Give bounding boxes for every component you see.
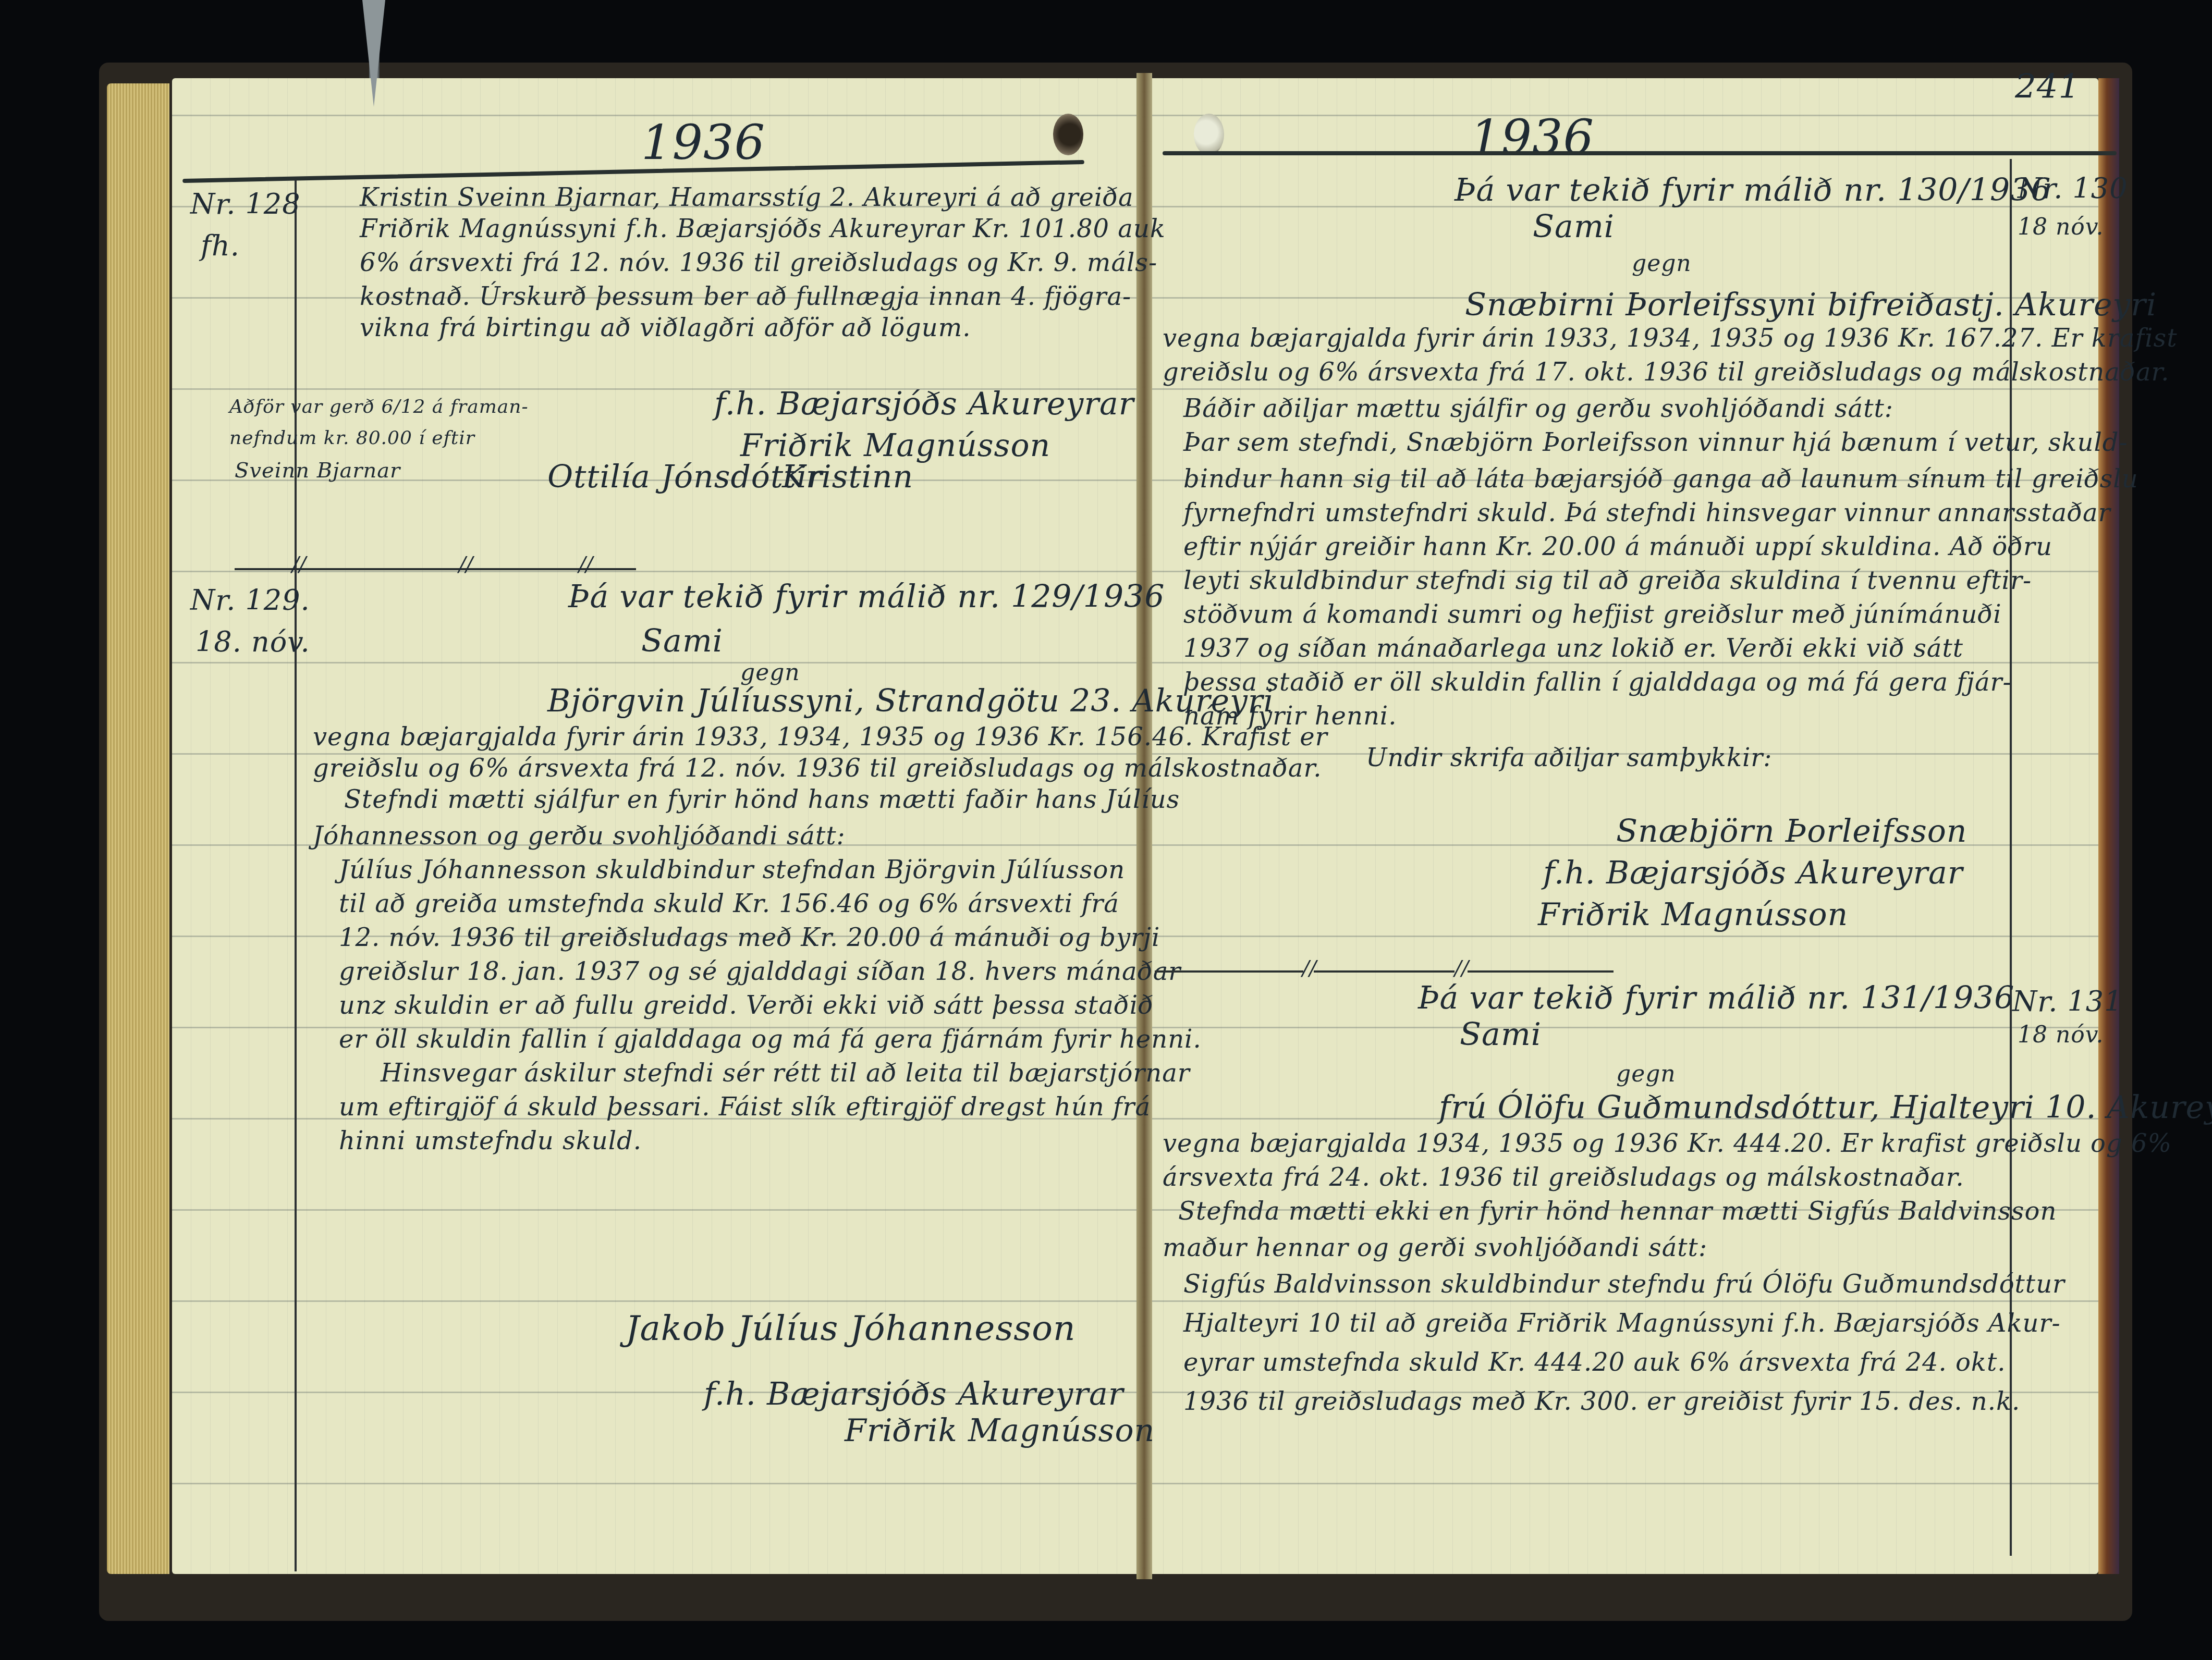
case-note-128: fh. bbox=[201, 229, 240, 262]
binding-hole-left bbox=[1053, 114, 1083, 155]
signature-line: Jakob Júlíus Jóhannesson bbox=[626, 1308, 1076, 1348]
defendant: Snæbirni Þorleifssyni bifreiðastj. Akure… bbox=[1465, 287, 2157, 323]
case-date-131: 18 nóv. bbox=[2018, 1022, 2104, 1048]
side-note: Aðför var gerð 6/12 á framan- bbox=[229, 396, 529, 417]
year-header-left: 1936 bbox=[641, 115, 765, 170]
case-date-130: 18 nóv. bbox=[2018, 214, 2104, 240]
knife-tip-icon bbox=[362, 0, 385, 107]
entry-130-line: fyrnefndri umstefndri skuld. Þá stefndi … bbox=[1183, 500, 2111, 525]
defendant: frú Ólöfu Guðmundsdóttur, Hjalteyri 10. … bbox=[1439, 1089, 2212, 1126]
binding-hole-right bbox=[1194, 114, 1224, 155]
case-date-129: 18. nóv. bbox=[195, 625, 310, 658]
entry-131-line: maður hennar og gerði svohljóðandi sátt: bbox=[1163, 1235, 1707, 1260]
entry-128-line: vikna frá birtingu að viðlagðri aðför að… bbox=[360, 315, 971, 340]
entry-separator bbox=[1155, 970, 1303, 973]
entry-heading: Þá var tekið fyrir málið nr. 129/1936 bbox=[568, 579, 1165, 615]
entry-separator bbox=[1468, 970, 1614, 973]
entry-130-line: Báðir aðiljar mættu sjálfir og gerðu svo… bbox=[1183, 396, 1893, 421]
versus-label: gegn bbox=[1616, 1061, 1676, 1087]
entry-130-line: Undir skrifa aðiljar samþykkir: bbox=[1366, 745, 1772, 770]
entry-131-line: eyrar umstefnda skuld Kr. 444.20 auk 6% … bbox=[1183, 1350, 2006, 1375]
entry-130-line: greiðslu og 6% ársvexta frá 17. okt. 193… bbox=[1163, 360, 2169, 385]
signature-line: Friðrik Magnússon bbox=[845, 1412, 1155, 1449]
entry-130-line: vegna bæjargjalda fyrir árin 1933, 1934,… bbox=[1163, 326, 2177, 351]
signature-line: Kristinn bbox=[782, 459, 913, 495]
entry-128-line: Friðrik Magnússyni f.h. Bæjarsjóðs Akure… bbox=[360, 216, 1166, 241]
separator-mark: // bbox=[1455, 956, 1469, 980]
plaintiff: Sami bbox=[1460, 1016, 1542, 1053]
entry-130-line: eftir nýjár greiðir hann Kr. 20.00 á mán… bbox=[1183, 534, 2052, 559]
entry-129-line: hinni umstefndu skuld. bbox=[339, 1128, 642, 1153]
entry-131-line: Sigfús Baldvinsson skuldbindur stefndu f… bbox=[1183, 1272, 2065, 1297]
year-header-right: 1936 bbox=[1470, 109, 1594, 165]
entry-130-line: bindur hann sig til að láta bæjarsjóð ga… bbox=[1183, 466, 2138, 491]
entry-131-line: vegna bæjargjalda 1934, 1935 og 1936 Kr.… bbox=[1163, 1131, 2172, 1156]
versus-label: gegn bbox=[1632, 250, 1692, 277]
header-rule-right bbox=[1163, 151, 2117, 155]
signature-line: Friðrik Magnússon bbox=[1538, 896, 1848, 933]
signature-line: Snæbjörn Þorleifsson bbox=[1616, 813, 1967, 850]
entry-130-line: nám fyrir henni. bbox=[1183, 704, 1397, 729]
entry-128-line: Kristin Sveinn Bjarnar, Hamarsstíg 2. Ak… bbox=[360, 185, 1134, 210]
page-stack-edge-left bbox=[107, 83, 169, 1574]
entry-separator bbox=[1314, 970, 1455, 973]
entry-131-line: 1936 til greiðsludags með Kr. 300. er gr… bbox=[1183, 1389, 2020, 1414]
case-number-129: Nr. 129. bbox=[190, 584, 310, 617]
entry-129-line: Hinsvegar áskilur stefndi sér rétt til a… bbox=[381, 1061, 1190, 1086]
entry-129-line: unz skuldin er að fullu greidd. Verði ek… bbox=[339, 993, 1154, 1018]
signature-line: f.h. Bæjarsjóðs Akureyrar bbox=[714, 386, 1134, 422]
entry-131-line: Hjalteyri 10 til að greiða Friðrik Magnú… bbox=[1183, 1311, 2061, 1336]
entry-129-line: greiðslur 18. jan. 1937 og sé gjalddagi … bbox=[339, 959, 1181, 984]
entry-129-line: Júlíus Jóhannesson skuldbindur stefndan … bbox=[339, 857, 1125, 882]
separator-mark: // bbox=[459, 552, 473, 576]
book-gutter bbox=[1136, 73, 1152, 1579]
entry-130-line: stöðvum á komandi sumri og hefjist greið… bbox=[1183, 602, 2002, 627]
case-number-131: Nr. 131 bbox=[2012, 985, 2123, 1018]
entry-129-line: Stefndi mætti sjálfur en fyrir hönd hans… bbox=[344, 787, 1180, 812]
case-number-128: Nr. 128 bbox=[190, 188, 301, 220]
entry-129-line: til að greiða umstefnda skuld Kr. 156.46… bbox=[339, 891, 1119, 916]
versus-label: gegn bbox=[740, 659, 800, 686]
page-number: 241 bbox=[2015, 68, 2080, 106]
margin-column-line-left bbox=[295, 180, 297, 1571]
plaintiff: Sami bbox=[641, 623, 723, 659]
entry-129-line: er öll skuldin fallin í gjalddaga og má … bbox=[339, 1027, 1202, 1052]
entry-130-line: leyti skuldbindur stefndi sig til að gre… bbox=[1183, 568, 2032, 593]
side-note: nefndum kr. 80.00 í eftir bbox=[229, 427, 475, 449]
separator-mark: // bbox=[579, 552, 593, 576]
plaintiff: Sami bbox=[1533, 208, 1615, 245]
separator-mark: // bbox=[292, 552, 306, 576]
entry-130-line: 1937 og síðan mánaðarlega unz lokið er. … bbox=[1183, 636, 1963, 661]
entry-130-line: þessa staðið er öll skuldin fallin í gja… bbox=[1183, 670, 2012, 695]
entry-129-line: vegna bæjargjalda fyrir árin 1933, 1934,… bbox=[313, 724, 1328, 749]
entry-131-line: ársvexta frá 24. okt. 1936 til greiðslud… bbox=[1163, 1165, 1964, 1190]
entry-129-line: 12. nóv. 1936 til greiðsludags með Kr. 2… bbox=[339, 925, 1160, 950]
entry-128-line: 6% ársvexti frá 12. nóv. 1936 til greiðs… bbox=[360, 250, 1157, 275]
separator-mark: // bbox=[1302, 956, 1316, 980]
entry-heading: Þá var tekið fyrir málið nr. 130/1936 bbox=[1455, 172, 2051, 208]
entry-129-line: um eftirgjöf á skuld þessari. Fáist slík… bbox=[339, 1095, 1151, 1120]
entry-heading: Þá var tekið fyrir málið nr. 131/1936 bbox=[1418, 980, 2014, 1016]
entry-130-line: Þar sem stefndi, Snæbjörn Þorleifsson vi… bbox=[1183, 430, 2128, 455]
signature-line: f.h. Bæjarsjóðs Akureyrar bbox=[1543, 855, 1963, 891]
defendant: Björgvin Júlíussyni, Strandgötu 23. Akur… bbox=[547, 683, 1274, 719]
entry-128-line: kostnað. Úrskurð þessum ber að fullnægja… bbox=[360, 284, 1131, 309]
entry-129-line: Jóhannesson og gerðu svohljóðandi sátt: bbox=[313, 823, 846, 849]
signature-line: Ottilía Jónsdóttir bbox=[547, 459, 823, 495]
entry-129-line: greiðslu og 6% ársvexta frá 12. nóv. 193… bbox=[313, 756, 1322, 781]
side-note-signature: Sveinn Bjarnar bbox=[235, 459, 400, 483]
signature-line: f.h. Bæjarsjóðs Akureyrar bbox=[704, 1376, 1124, 1412]
entry-131-line: Stefnda mætti ekki en fyrir hönd hennar … bbox=[1178, 1199, 2057, 1224]
